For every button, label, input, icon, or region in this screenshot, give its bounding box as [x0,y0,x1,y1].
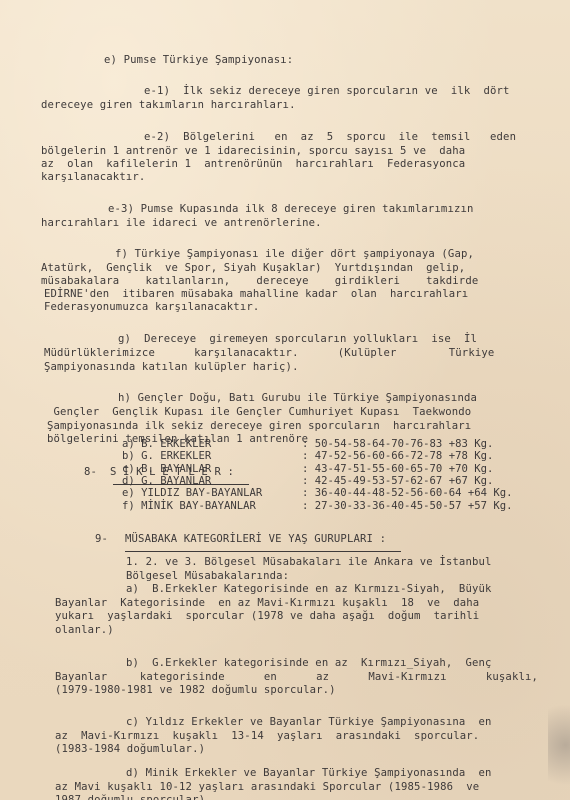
s9-intro-line-2: Bölgesel Müsabakalarında: [126,570,289,582]
weight-class-values: : 47-52-56-60-66-72-78 +78 Kg. [302,450,493,462]
g-line-1: g) Dereceye giremeyen sporcuların yolluk… [118,333,477,345]
s9-intro-line-1: 1. 2. ve 3. Bölgesel Müsabakaları ile An… [126,556,492,568]
s9c-line-1: c) Yıldız Erkekler ve Bayanlar Türkiye Ş… [126,716,492,728]
f-line-4: EDİRNE'den itibaren müsabaka mahalline k… [44,288,468,300]
s9a-line-1: a) B.Erkekler Kategorisinde en az Kırmız… [126,583,492,595]
e1-line-1: e-1) İlk sekiz dereceye giren sporcuları… [144,85,528,97]
weight-class-values: : 27-30-33-36-40-45-50-57 +57 Kg. [302,500,512,512]
e2-line-1: e-2) Bölgelerini en az 5 sporcu ile tems… [144,131,516,143]
weight-class-values: : 43-47-51-55-60-65-70 +70 Kg. [302,463,493,475]
weight-class-label: c) B. BAYANLAR [122,463,211,475]
h-line-3: Şampiyonasında ilk sekiz dereceye giren … [47,420,471,432]
s9b-line-3: (1979-1980-1981 ve 1982 doğumlu sporcula… [55,684,336,696]
e3-line-1: e-3) Pumse Kupasında ilk 8 dereceye gire… [108,203,474,215]
s9a-line-2: Bayanlar Kategorisinde en az Mavi-Kırmız… [55,597,479,609]
weight-class-label: b) G. ERKEKLER [122,450,211,462]
weight-class-values: : 36-40-44-48-52-56-60-64 +64 Kg. [302,487,512,499]
weight-class-values: : 42-45-49-53-57-62-67 +67 Kg. [302,475,493,487]
e2-line-2: bölgelerin 1 antrenör ve 1 idarecisinin,… [41,145,465,157]
f-line-3: müsabakalara katılanların, dereceye gird… [41,275,478,287]
s9c-line-2: az Mavi-Kırmızı kuşaklı 13-14 yaşları ar… [55,730,479,742]
h-line-2: Gençler Gençlik Kupası ile Gençler Cumhu… [47,406,471,418]
g-line-3: Şampiyonasında katılan kulüpler hariç). [44,361,299,373]
s9b-line-2: Bayanlar kategorisinde en az Mavi-Kırmız… [55,671,538,683]
weight-class-label: f) MİNİK BAY-BAYANLAR [122,500,256,512]
section-9-title: MÜSABAKA KATEGORİLERİ VE YAŞ GURUPLARI : [125,533,386,545]
s9d-line-1: d) Minik Erkekler ve Bayanlar Türkiye Şa… [126,767,492,779]
section-8-number: 8- [84,466,97,478]
scan-edge-shadow [548,690,570,800]
section-9-underline [125,551,401,552]
scanned-document-page: e) Pumse Türkiye Şampiyonası: e-1) İlk s… [0,0,570,800]
section-9-number: 9- [95,533,108,545]
s9d-line-3: 1987 doğumlu sporcular) [55,794,205,800]
weight-class-label: a) B. ERKEKLER [122,438,211,450]
weight-class-label: e) YILDIZ BAY-BAYANLAR [122,487,262,499]
e2-line-4: karşılanacaktır. [41,171,145,183]
g-line-2: Müdürlüklerimizce karşılanacaktır. (Kulü… [44,347,494,359]
f-line-5: Federasyonumuzca karşılanacaktır. [44,301,259,313]
s9c-line-3: (1983-1984 doğumlular.) [55,743,205,755]
section-e-heading: e) Pumse Türkiye Şampiyonası: [104,54,293,66]
weight-class-values: : 50-54-58-64-70-76-83 +83 Kg. [302,438,493,450]
e3-line-2: harcırahları ile idareci ve antrenörleri… [41,217,322,229]
s9a-line-3: yukarı yaşlardaki sporcular (1978 ve dah… [55,610,479,622]
e1-line-2: dereceye giren takımların harcırahları. [41,99,296,111]
f-line-1: f) Türkiye Şampiyonası ile diğer dört şa… [115,248,474,260]
h-line-1: h) Gençler Doğu, Batı Gurubu ile Türkiye… [118,392,477,404]
s9a-line-4: olanlar.) [55,624,114,636]
s9b-line-1: b) G.Erkekler kategorisinde en az Kırmız… [126,657,492,669]
f-line-2: Atatürk, Gençlik ve Spor, Siyah Kuşaklar… [41,262,465,274]
e2-line-3: az olan kafilelerin 1 antrenörünün harcı… [41,158,465,170]
s9d-line-2: az Mavi kuşaklı 10-12 yaşları arasındaki… [55,781,479,793]
weight-class-label: d) G. BAYANLAR [122,475,211,487]
